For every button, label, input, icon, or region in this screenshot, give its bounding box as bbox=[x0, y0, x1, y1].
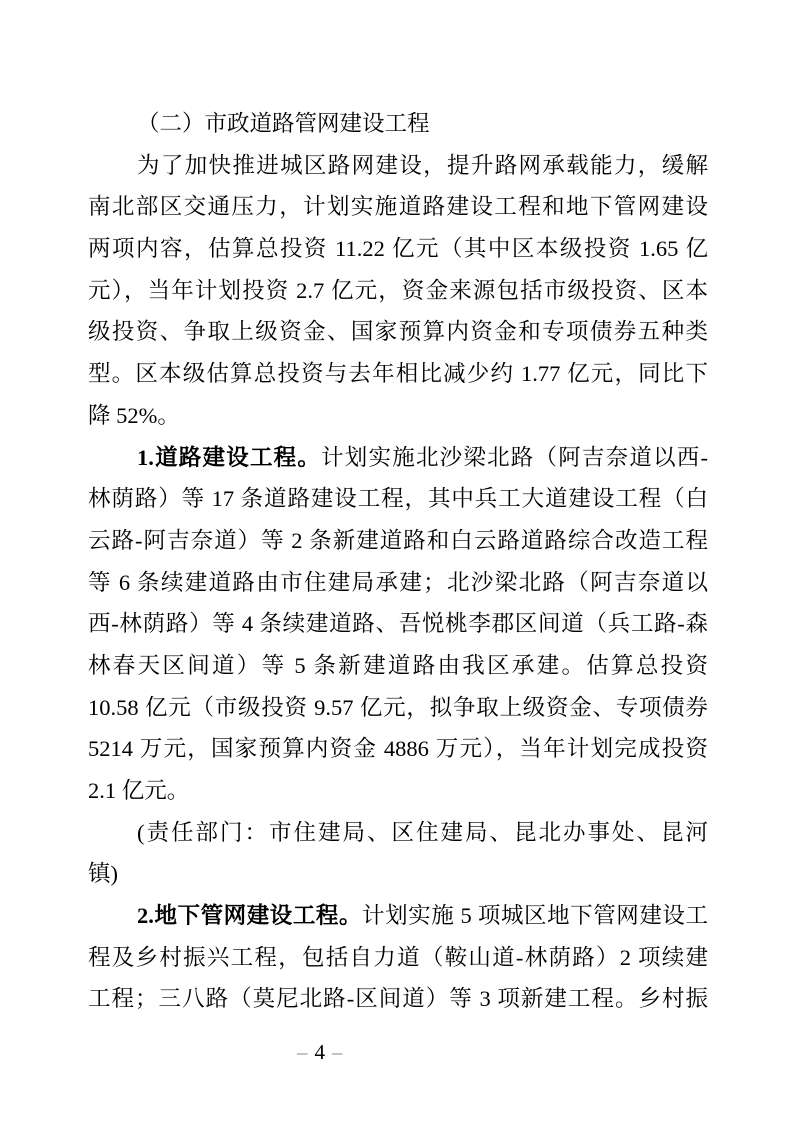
text-line: 工程；三八路（莫尼北路-区间道）等 3 项新建工程。乡村振 bbox=[88, 978, 708, 1020]
text-line: 南北部区交通压力，计划实施道路建设工程和地下管网建设 bbox=[88, 186, 708, 228]
text-line: 为了加快推进城区路网建设，提升路网承载能力，缓解 bbox=[88, 145, 708, 187]
bold-run: 2.地下管网建设工程。 bbox=[137, 903, 362, 928]
section-heading: （二）市政道路管网建设工程 bbox=[88, 103, 708, 145]
document-body: （二）市政道路管网建设工程为了加快推进城区路网建设，提升路网承载能力，缓解南北部… bbox=[88, 103, 708, 1020]
page-footer: – 4 – bbox=[297, 1038, 343, 1066]
text-line: 级投资、争取上级资金、国家预算内资金和专项债券五种类 bbox=[88, 311, 708, 353]
text-line: 程及乡村振兴工程，包括自力道（鞍山道-林荫路）2 项续建 bbox=[88, 937, 708, 979]
text-line: 林荫路）等 17 条道路建设工程，其中兵工大道建设工程（白 bbox=[88, 478, 708, 520]
text-line: 1.道路建设工程。计划实施北沙梁北路（阿吉奈道以西- bbox=[88, 437, 708, 479]
text-line: 两项内容，估算总投资 11.22 亿元（其中区本级投资 1.65 亿 bbox=[88, 228, 708, 270]
text-line: 降 52%。 bbox=[88, 395, 708, 437]
footer-left-dash: – bbox=[297, 1038, 308, 1066]
text-line: 西-林荫路）等 4 条续建道路、吾悦桃李郡区间道（兵工路-森 bbox=[88, 603, 708, 645]
document-page: （二）市政道路管网建设工程为了加快推进城区路网建设，提升路网承载能力，缓解南北部… bbox=[0, 0, 793, 1122]
text-line: 云路-阿吉奈道）等 2 条新建道路和白云路道路综合改造工程 bbox=[88, 520, 708, 562]
footer-right-dash: – bbox=[332, 1038, 343, 1066]
text-line: 元），当年计划投资 2.7 亿元，资金来源包括市级投资、区本 bbox=[88, 270, 708, 312]
text-line: 2.1 亿元。 bbox=[88, 770, 708, 812]
page-number: 4 bbox=[315, 1038, 326, 1066]
bold-run: 1.道路建设工程。 bbox=[137, 445, 321, 470]
text-line: 等 6 条续建道路由市住建局承建；北沙梁北路（阿吉奈道以 bbox=[88, 562, 708, 604]
text-line: 5214 万元，国家预算内资金 4886 万元），当年计划完成投资 bbox=[88, 728, 708, 770]
text-line: 镇) bbox=[88, 853, 708, 895]
text-line: (责任部门：市住建局、区住建局、昆北办事处、昆河 bbox=[88, 812, 708, 854]
text-line: 2.地下管网建设工程。计划实施 5 项城区地下管网建设工 bbox=[88, 895, 708, 937]
text-line: 型。区本级估算总投资与去年相比减少约 1.77 亿元，同比下 bbox=[88, 353, 708, 395]
text-line: 林春天区间道）等 5 条新建道路由我区承建。估算总投资 bbox=[88, 645, 708, 687]
text-line: 10.58 亿元（市级投资 9.57 亿元，拟争取上级资金、专项债券 bbox=[88, 687, 708, 729]
